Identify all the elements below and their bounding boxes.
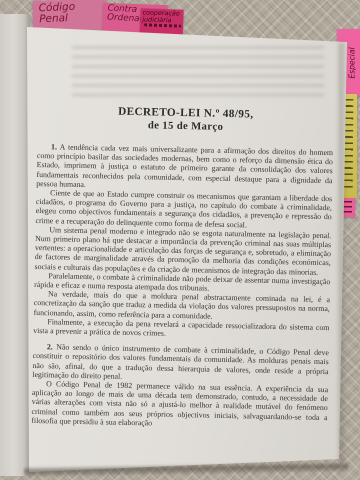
paragraph-8: O Código Penal de 1982 permanece válido …: [31, 379, 328, 431]
book-page: DECRETO-LEI N.º 48/95, de 15 de Março 1.…: [0, 0, 360, 480]
paragraph-1: 1. A tendência cada vez mais universaliz…: [36, 142, 333, 194]
paragraph-text: Ciente de que ao Estado cumpre construir…: [35, 188, 332, 229]
paragraph-2: Ciente de que ao Estado cumpre construir…: [35, 188, 332, 231]
paragraph-number: 1.: [51, 142, 57, 151]
tab-handwriting: cooperação judiciária: [140, 8, 184, 28]
printed-text-block: DECRETO-LEI N.º 48/95, de 15 de Março 1.…: [31, 104, 334, 431]
decree-title: DECRETO-LEI N.º 48/95, de 15 de Março: [37, 104, 333, 136]
handwriting-scribble: [144, 24, 181, 28]
paragraph-text: Não sendo o único instrumento de combate…: [32, 343, 329, 381]
paragraph-text: O Código Penal de 1982 permanece válido …: [31, 379, 328, 427]
paragraph-number: 2.: [47, 343, 53, 352]
paragraph-text: A tendência cada vez mais universalizant…: [36, 142, 333, 188]
sticky-tab-codigo-penal: Código Penal: [33, 0, 107, 32]
decree-body: 1. A tendência cada vez mais universaliz…: [31, 142, 333, 431]
paragraph-3: Um sistema penal moderno e integrado não…: [35, 225, 332, 277]
paragraph-7: 2. Não sendo o único instrumento de comb…: [32, 342, 329, 385]
tab-line: Penal: [39, 11, 106, 25]
photo-of-open-law-book: Código Penal Contra Ordenações cooperaçã…: [0, 0, 360, 480]
tab-handwriting: Código Penal: [32, 0, 106, 26]
paragraph-text: Um sistema penal moderno e integrado não…: [35, 225, 332, 276]
tab-line: Especial: [349, 32, 357, 94]
book-left-pages-edge: [0, 14, 30, 476]
page-right-shadow: [339, 42, 347, 462]
paragraph-text: Na verdade, mais do que a moldura penal …: [34, 290, 331, 321]
reverse-page-bleedthrough: [72, 46, 324, 98]
